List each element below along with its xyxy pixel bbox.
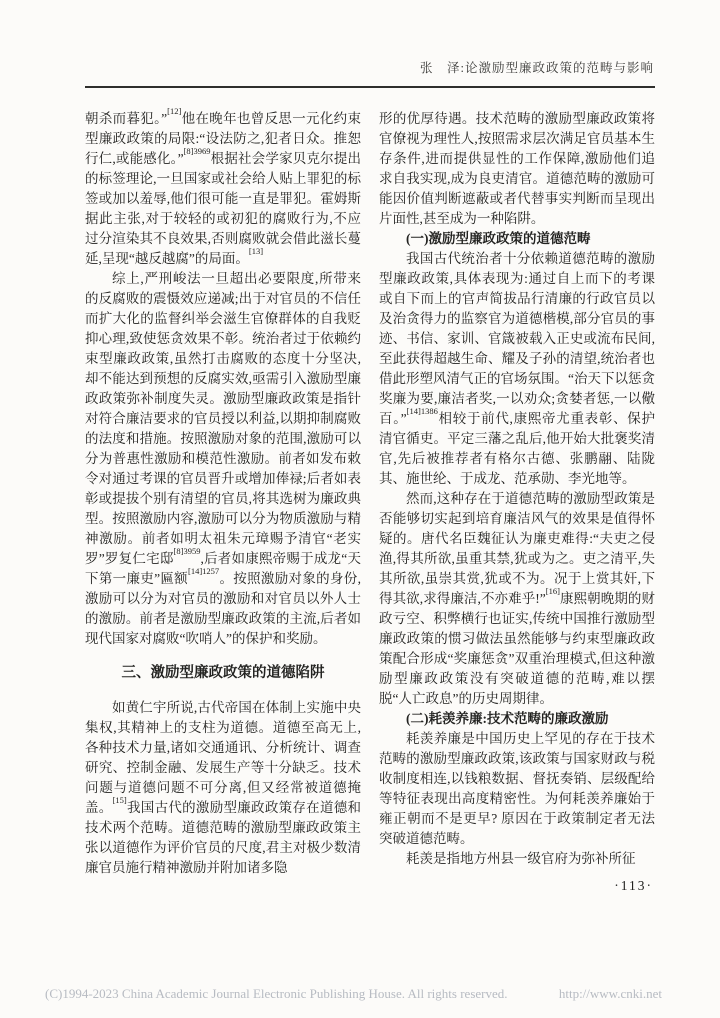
paragraph: 耗羡养廉是中国历史上罕见的存在于技术范畴的激励型廉政政策,该政策与国家财政与税收… (379, 729, 655, 849)
paragraph: 然而,这种存在于道德范畴的激励型政策是否能够切实起到培育廉洁风气的效果是值得怀疑… (379, 489, 655, 709)
paragraph: 形的优厚待遇。技术范畴的激励型廉政政策将官僚视为理性人,按照需求层次满足官员基本… (379, 109, 655, 229)
scan-footer: (C)1994-2023 China Academic Journal Elec… (45, 986, 662, 1002)
footer-copyright-text: (C)1994-2023 China Academic Journal Elec… (45, 986, 508, 1002)
paragraph: 我国古代统治者十分依赖道德范畴的激励型廉政政策,具体表现为:通过自上而下的考课或… (379, 249, 655, 489)
page-number: ·113· (379, 878, 655, 894)
citation-ref: [13] (249, 246, 263, 256)
citation-ref: [8]3969 (184, 146, 211, 156)
right-column: 形的优厚待遇。技术范畴的激励型廉政政策将官僚视为理性人,按照需求层次满足官员基本… (379, 109, 655, 894)
citation-ref: [14]1257 (188, 566, 219, 576)
left-column: 朝杀而暮犯。”[12]他在晚年也曾反思一元化约束型廉政政策的局限:“设法防之,犯… (85, 109, 361, 894)
citation-ref: [16] (546, 586, 560, 596)
scanned-paper-page: { "colors": { "background": "#fcfbf9", "… (0, 0, 720, 1018)
citation-ref: [8]3959 (174, 546, 201, 556)
footer-cnki-url: http://www.cnki.net (559, 986, 662, 1002)
citation-ref: [14]1386 (407, 406, 438, 416)
paragraph: 朝杀而暮犯。”[12]他在晚年也曾反思一元化约束型廉政政策的局限:“设法防之,犯… (85, 109, 361, 269)
paragraph: 如黄仁宇所说,古代帝国在体制上实施中央集权,其精神上的支柱为道德。道德至高无上,… (85, 698, 361, 878)
section-heading: 三、激励型廉政政策的道德陷阱 (85, 663, 361, 683)
running-header-title: 张 泽:论激励型廉政政策的范畴与影响 (420, 58, 654, 76)
article-body: 朝杀而暮犯。”[12]他在晚年也曾反思一元化约束型廉政政策的局限:“设法防之,犯… (85, 109, 655, 894)
subsection-heading: (二)耗羡养廉:技术范畴的廉政激励 (379, 709, 655, 729)
citation-ref: [15] (113, 795, 127, 805)
citation-ref: [12] (167, 106, 181, 116)
paragraph: 耗羡是指地方州县一级官府为弥补所征 (379, 849, 655, 869)
header-divider-rule (85, 86, 655, 88)
subsection-heading: (一)激励型廉政政策的道德范畴 (379, 229, 655, 249)
paragraph: 综上,严刑峻法一旦超出必要限度,所带来的反腐败的震慑效应递减;出于对官员的不信任… (85, 269, 361, 649)
